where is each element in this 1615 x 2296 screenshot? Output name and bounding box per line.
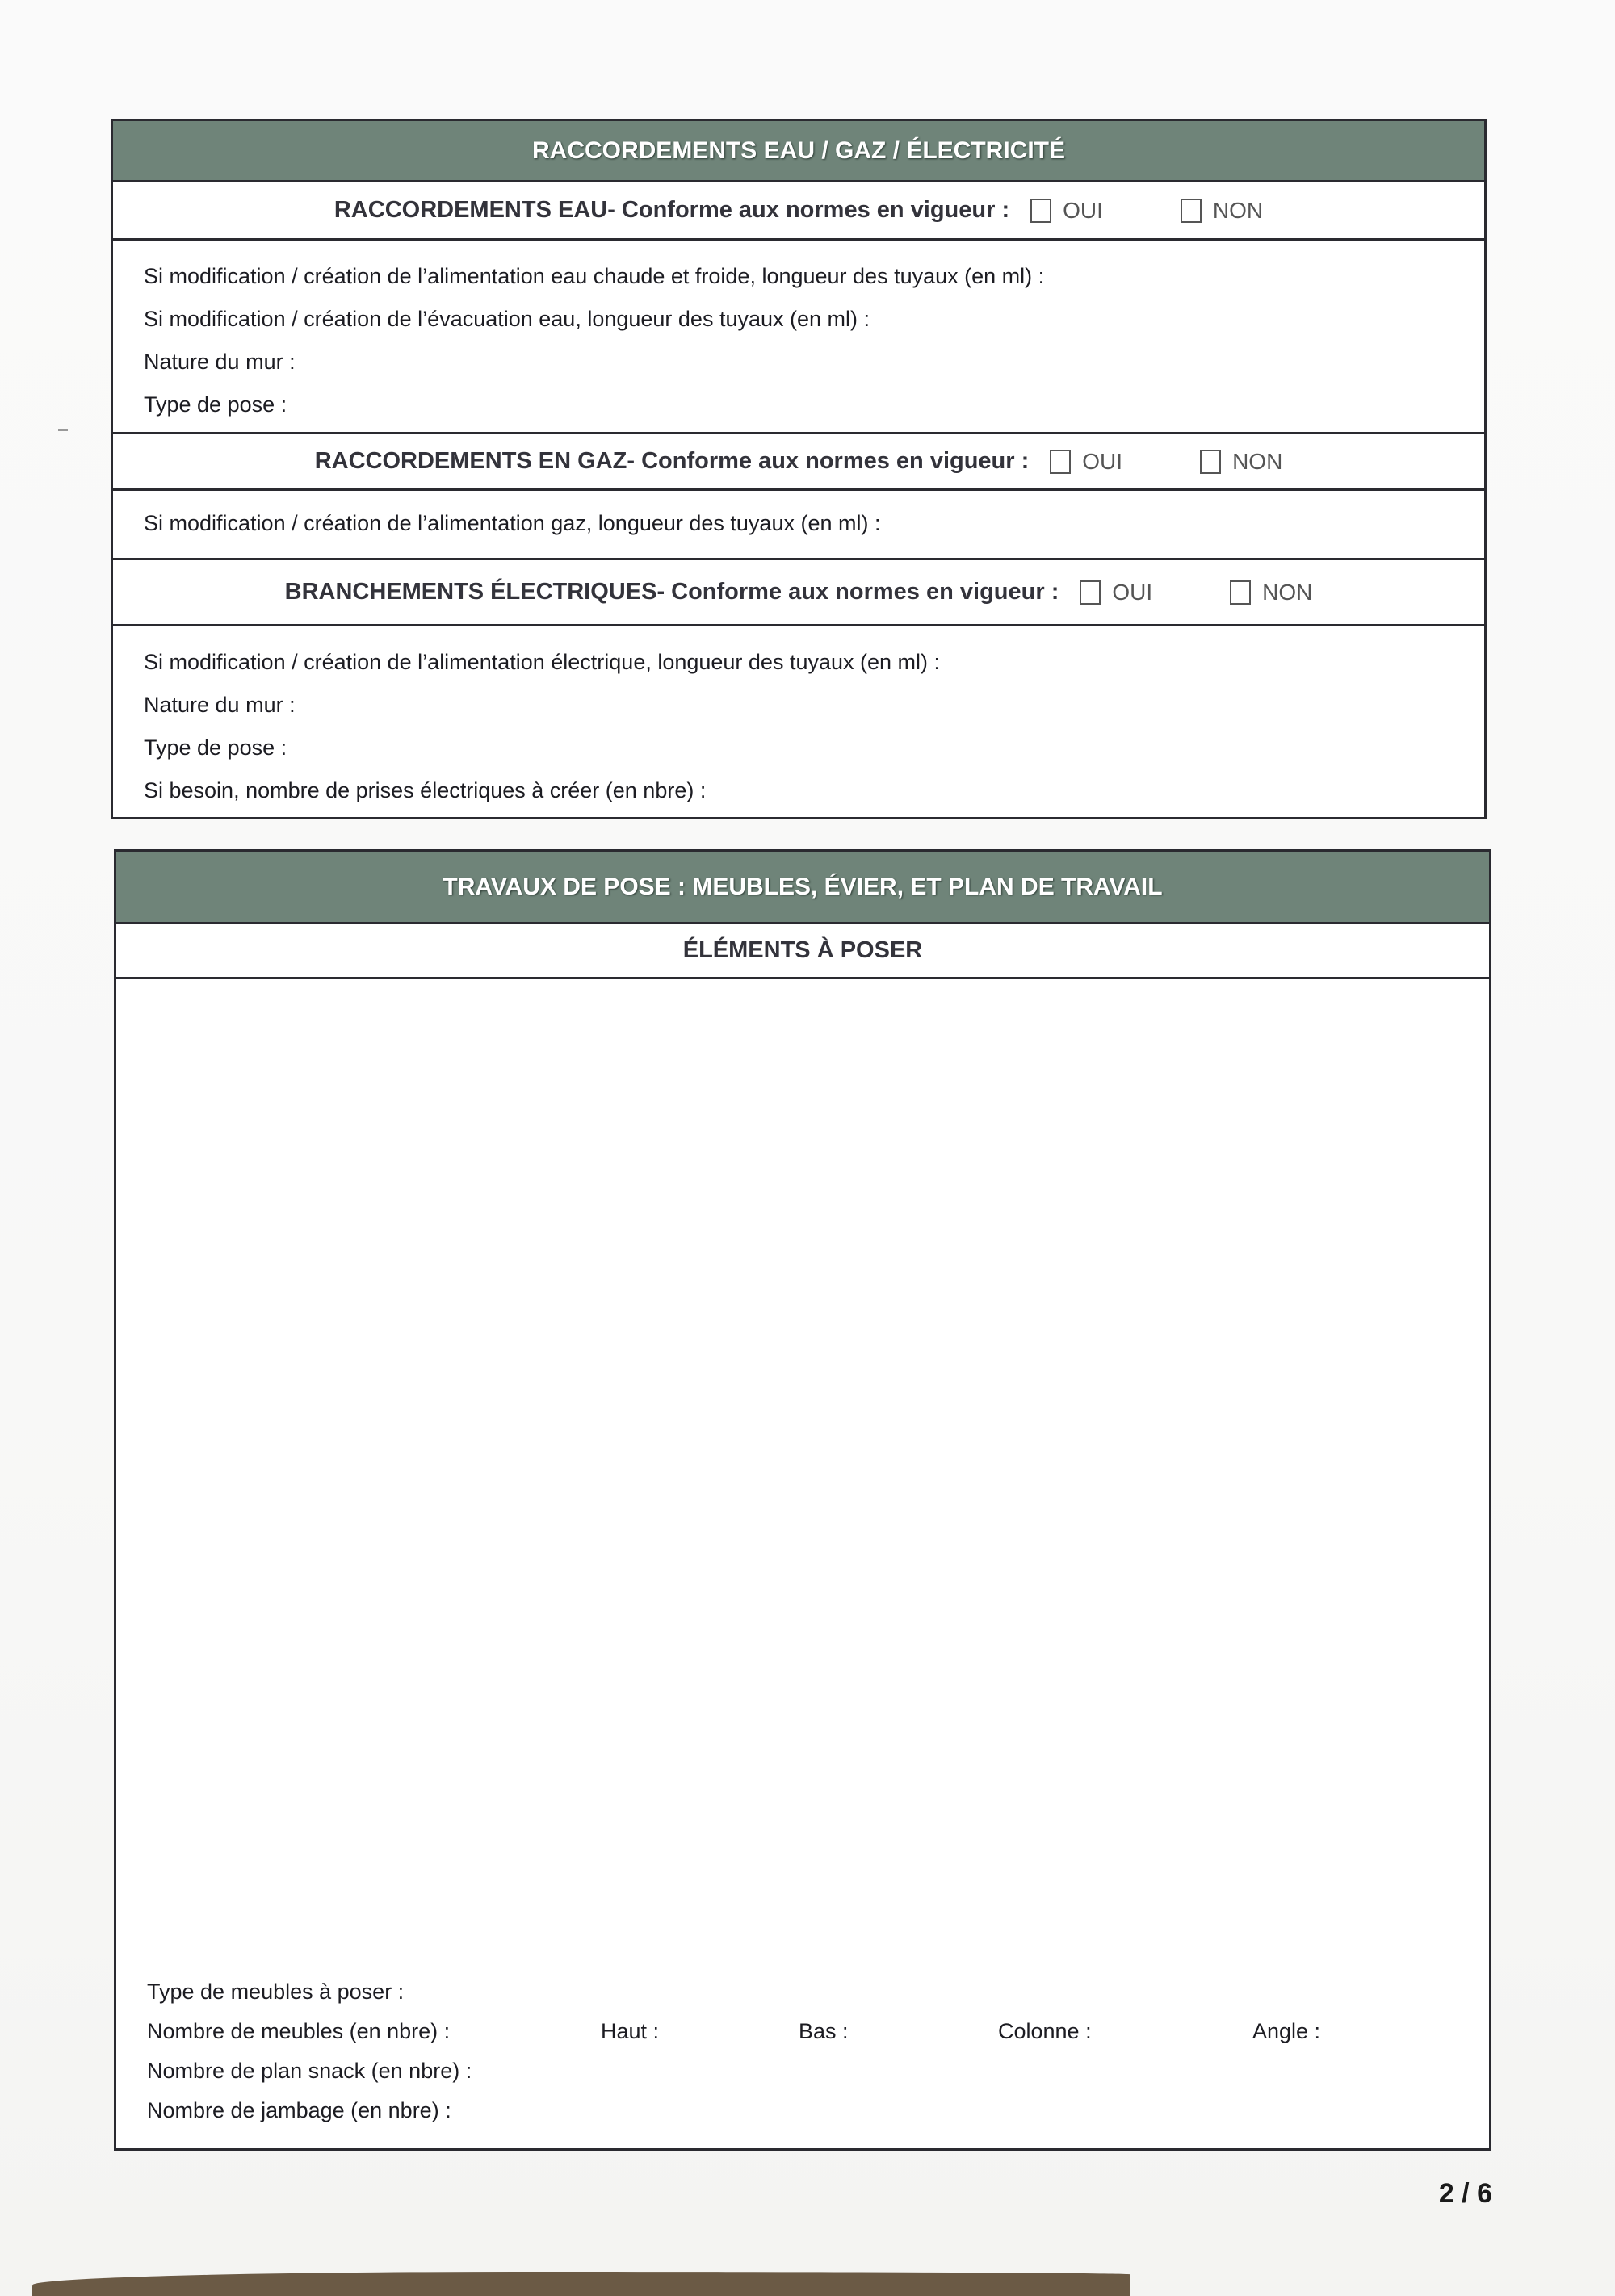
eau-field-alimentation[interactable]: Si modification / création de l’alimenta… bbox=[144, 255, 1484, 298]
eau-oui-checkbox[interactable] bbox=[1030, 199, 1051, 223]
raccordements-header: RACCORDEMENTS EAU / GAZ / ÉLECTRICITÉ bbox=[113, 121, 1484, 182]
electricite-oui-checkbox[interactable] bbox=[1080, 580, 1101, 605]
pose-field-colonne[interactable]: Colonne : bbox=[998, 2012, 1252, 2051]
margin-mark bbox=[58, 429, 68, 431]
electricite-non-label: NON bbox=[1262, 580, 1312, 605]
electricite-conformity-label: - Conforme aux normes en vigueur : bbox=[656, 579, 1059, 605]
eau-field-nature-mur[interactable]: Nature du mur : bbox=[144, 341, 1484, 383]
eau-field-type-pose[interactable]: Type de pose : bbox=[144, 383, 1484, 426]
eau-conformity-label: - Conforme aux normes en vigueur : bbox=[607, 197, 1009, 224]
electricite-field-nature-mur[interactable]: Nature du mur : bbox=[144, 684, 1484, 727]
gaz-conformity-row: RACCORDEMENTS EN GAZ - Conforme aux norm… bbox=[113, 434, 1484, 491]
gaz-conformity-label: - Conforme aux normes en vigueur : bbox=[627, 448, 1029, 475]
pose-field-angle[interactable]: Angle : bbox=[1252, 2012, 1320, 2051]
eau-non-label: NON bbox=[1213, 198, 1263, 224]
raccordements-title: RACCORDEMENTS EAU / GAZ / ÉLECTRICITÉ bbox=[532, 137, 1065, 165]
eau-oui-label: OUI bbox=[1063, 198, 1103, 224]
pose-table: TRAVAUX DE POSE : MEUBLES, ÉVIER, ET PLA… bbox=[114, 849, 1491, 2151]
eau-heading: RACCORDEMENTS EAU bbox=[334, 197, 607, 224]
electricite-fields: Si modification / création de l’alimenta… bbox=[113, 626, 1484, 817]
electricite-field-prises[interactable]: Si besoin, nombre de prises électriques … bbox=[144, 769, 1484, 812]
document-page: RACCORDEMENTS EAU / GAZ / ÉLECTRICITÉ RA… bbox=[0, 0, 1615, 2296]
pose-field-nombre-meubles[interactable]: Nombre de meubles (en nbre) : bbox=[147, 2012, 601, 2051]
pose-drawing-area[interactable]: Type de meubles à poser : Nombre de meub… bbox=[116, 979, 1489, 2148]
page-number: 2 / 6 bbox=[1439, 2178, 1492, 2210]
pose-subtitle-row: ÉLÉMENTS À POSER bbox=[116, 924, 1489, 979]
pose-fields: Type de meubles à poser : Nombre de meub… bbox=[147, 1972, 1457, 2131]
electricite-oui-label: OUI bbox=[1112, 580, 1152, 605]
eau-field-evacuation[interactable]: Si modification / création de l’évacuati… bbox=[144, 298, 1484, 341]
eau-non-checkbox[interactable] bbox=[1181, 199, 1202, 223]
electricite-conformity-row: BRANCHEMENTS ÉLECTRIQUES - Conforme aux … bbox=[113, 560, 1484, 626]
pose-field-jambage[interactable]: Nombre de jambage (en nbre) : bbox=[147, 2091, 1457, 2131]
pose-row-nombre-meubles: Nombre de meubles (en nbre) : Haut : Bas… bbox=[147, 2012, 1457, 2051]
eau-fields: Si modification / création de l’alimenta… bbox=[113, 241, 1484, 434]
gaz-oui-checkbox[interactable] bbox=[1050, 450, 1071, 474]
gaz-field-alimentation[interactable]: Si modification / création de l’alimenta… bbox=[144, 502, 1484, 545]
gaz-non-checkbox[interactable] bbox=[1200, 450, 1221, 474]
electricite-field-alimentation[interactable]: Si modification / création de l’alimenta… bbox=[144, 641, 1484, 684]
electricite-field-type-pose[interactable]: Type de pose : bbox=[144, 727, 1484, 769]
gaz-fields: Si modification / création de l’alimenta… bbox=[113, 491, 1484, 560]
pose-field-type-meubles[interactable]: Type de meubles à poser : bbox=[147, 1972, 1457, 2012]
raccordements-table: RACCORDEMENTS EAU / GAZ / ÉLECTRICITÉ RA… bbox=[111, 119, 1487, 819]
pose-field-plan-snack[interactable]: Nombre de plan snack (en nbre) : bbox=[147, 2051, 1457, 2091]
pose-subtitle: ÉLÉMENTS À POSER bbox=[683, 937, 923, 964]
pose-field-bas[interactable]: Bas : bbox=[799, 2012, 998, 2051]
electricite-non-checkbox[interactable] bbox=[1230, 580, 1251, 605]
eau-conformity-row: RACCORDEMENTS EAU - Conforme aux normes … bbox=[113, 182, 1484, 241]
gaz-heading: RACCORDEMENTS EN GAZ bbox=[315, 448, 627, 475]
pose-title: TRAVAUX DE POSE : MEUBLES, ÉVIER, ET PLA… bbox=[443, 874, 1162, 901]
gaz-non-label: NON bbox=[1232, 449, 1282, 475]
electricite-heading: BRANCHEMENTS ÉLECTRIQUES bbox=[285, 579, 657, 605]
pose-field-haut[interactable]: Haut : bbox=[601, 2012, 799, 2051]
pose-header: TRAVAUX DE POSE : MEUBLES, ÉVIER, ET PLA… bbox=[116, 852, 1489, 924]
background-surface bbox=[32, 2272, 1130, 2296]
gaz-oui-label: OUI bbox=[1082, 449, 1122, 475]
